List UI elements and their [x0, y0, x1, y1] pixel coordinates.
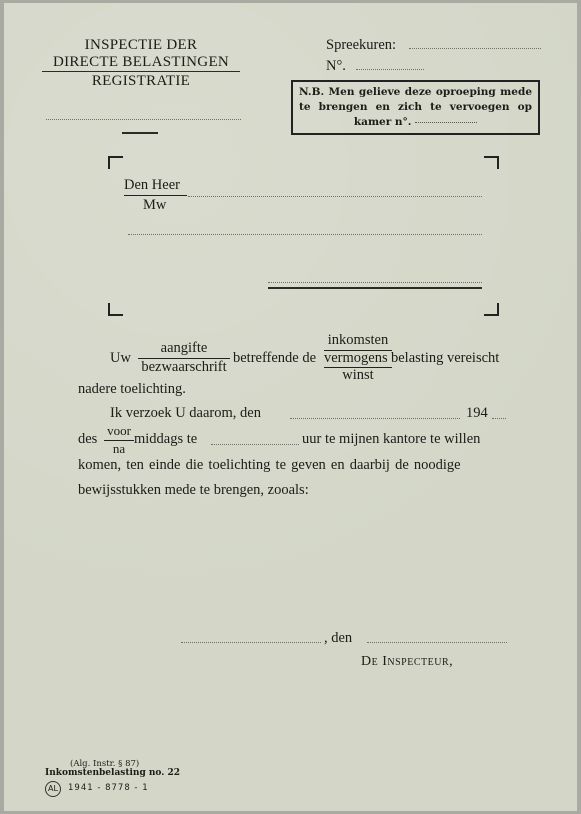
signature-date-field[interactable] [367, 642, 507, 643]
place-field[interactable] [181, 642, 321, 643]
room-number-field[interactable] [415, 122, 477, 123]
salutation-bottom: Mw [143, 197, 166, 214]
address-corner-bottom-right [484, 303, 499, 316]
office-title-line2: DIRECTE BELASTINGEN [42, 54, 240, 71]
p1-line2: nadere toelichting. [78, 381, 186, 398]
printer-logo-icon: AL [45, 781, 61, 797]
addressee-name-field[interactable] [188, 196, 482, 197]
office-title-line3: REGISTRATIE [42, 73, 240, 90]
p1-tax-option-top: inkomsten [324, 332, 392, 349]
address-corner-bottom-left [108, 303, 123, 316]
p2-year: 194 [466, 405, 488, 422]
address-city-underline [268, 287, 482, 289]
appointment-year-field[interactable] [492, 418, 506, 419]
p3-middle: middags te [134, 431, 197, 448]
tax-summons-form: INSPECTIE DER DIRECTE BELASTINGEN REGIST… [4, 3, 577, 811]
number-label: N°. [326, 58, 346, 75]
p3-prefix: des [78, 431, 97, 448]
appointment-time-field[interactable] [211, 444, 299, 445]
notice-box: N.B. Men gelieve deze oproeping mede te … [291, 80, 540, 135]
notice-line3: kamer n°. [299, 115, 532, 130]
p3-option-bottom: na [104, 441, 134, 457]
p1-middle: betreffende de [233, 350, 316, 367]
notice-line2: te brengen en zich te vervoegen op [299, 100, 532, 115]
office-reference-field[interactable] [46, 119, 241, 120]
number-field[interactable] [356, 69, 424, 70]
spreekuren-label: Spreekuren: [326, 37, 396, 54]
addressee-street-field[interactable] [128, 234, 482, 235]
p1-prefix: Uw [110, 350, 131, 367]
signatory-title: De Inspecteur, [361, 654, 453, 670]
salutation-top: Den Heer [124, 177, 180, 194]
p2-prefix: Ik verzoek U daarom, den [110, 405, 261, 422]
notice-line1: N.B. Men gelieve deze oproeping mede [299, 85, 532, 100]
addressee-city-field[interactable] [268, 282, 482, 283]
p1-tax-option-mid: vermogens [324, 350, 388, 367]
short-divider [122, 132, 158, 134]
p1-option-top: aangifte [138, 340, 230, 357]
address-corner-top-right [484, 156, 499, 169]
form-name: Inkomstenbelasting no. 22 [45, 768, 180, 778]
office-title-divider [42, 71, 240, 72]
p3-option-top: voor [104, 423, 134, 439]
appointment-date-field[interactable] [290, 418, 460, 419]
p1-suffix: belasting vereischt [391, 350, 499, 367]
p1-tax-option-bottom: winst [324, 367, 392, 384]
p3-suffix: uur te mijnen kantore te willen [302, 431, 480, 448]
address-corner-top-left [108, 156, 123, 169]
print-code: 1941 - 8778 - 1 [68, 783, 149, 793]
salutation-divider [124, 195, 187, 196]
p4-line: komen, ten einde die toelichting te geve… [78, 457, 461, 474]
p5-line: bewijsstukken mede te brengen, zooals: [78, 482, 309, 499]
room-label: kamer n°. [354, 116, 412, 128]
p1-option-bottom: bezwaarschrift [138, 359, 230, 376]
date-separator: , den [324, 630, 352, 647]
office-title-line1: INSPECTIE DER [42, 37, 240, 54]
spreekuren-field[interactable] [409, 48, 541, 49]
